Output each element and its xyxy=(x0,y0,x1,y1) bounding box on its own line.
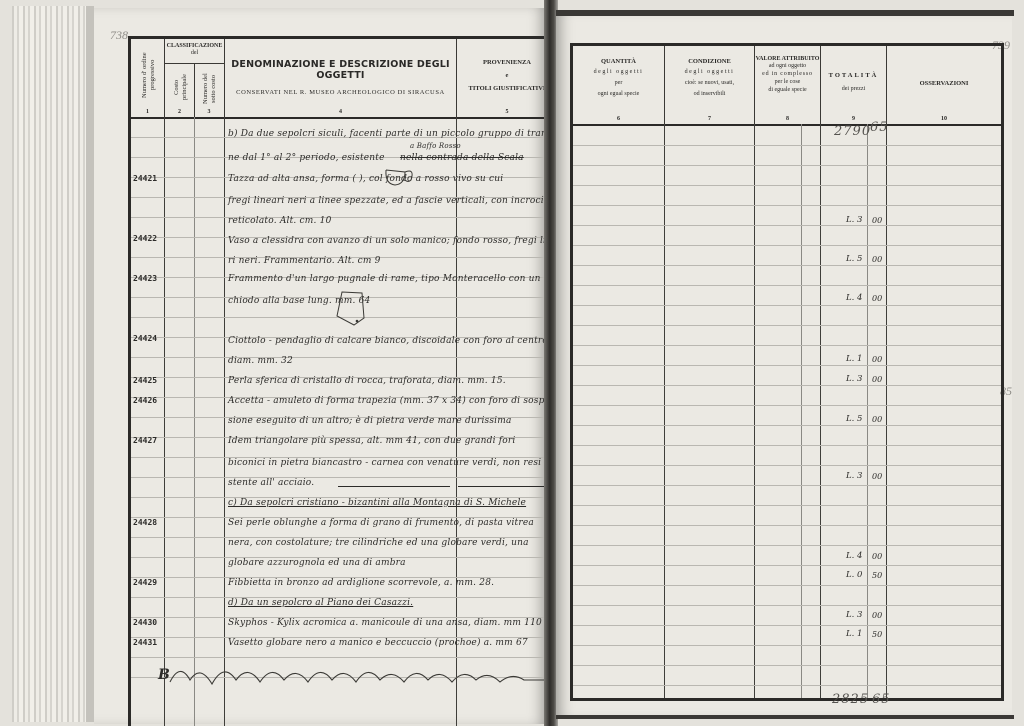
page-edges xyxy=(12,6,94,722)
section-b-insert: a Baffo Rosso xyxy=(410,142,461,150)
header-col-4: DENOMINAZIONE E DESCRIZIONE DEGLI OGGETT… xyxy=(225,39,457,117)
inventory-number: 24421 xyxy=(133,174,157,183)
header-col-9: TOTALITÀ dei prezzi 9 xyxy=(821,46,887,124)
section-b-line1: b) Da due sepolcri siculi, facenti parte… xyxy=(228,129,580,139)
header-col-10: OSSERVAZIONI 10 xyxy=(887,46,1001,124)
carried-forward-cents: 65 xyxy=(870,120,889,135)
grand-total-lire: 2825 xyxy=(832,692,869,707)
header-col-6: QUANTITÀ degli oggetti per ogni egual sp… xyxy=(573,46,665,124)
header-col-8: VALORE ATTRIBUITO ad ogni oggetto ed in … xyxy=(755,46,821,124)
section-d-heading: d) Da un sepolcro al Piano dei Casazzi. xyxy=(228,598,413,608)
header-col-1: Numero d' ordine progressivo 1 xyxy=(131,39,165,117)
header-classification: CLASSIFICAZIONE del Costo principale 2 N… xyxy=(165,39,225,117)
grand-total-cents: 65 xyxy=(872,692,891,707)
header-col-7: CONDIZIONE degli oggetti cioè: se nuovi,… xyxy=(665,46,755,124)
carried-forward-lire: 2790 xyxy=(834,124,871,139)
closing-line-squiggle-icon xyxy=(160,660,555,690)
ledger-book: 738 Numero d' ordine progressivo 1 CLASS… xyxy=(0,0,1024,726)
left-page-number: 738 xyxy=(110,28,128,43)
right-table: QUANTITÀ degli oggetti per ogni egual sp… xyxy=(570,43,1004,701)
header-col-3: Numero del sotto costo 3 xyxy=(194,63,224,117)
value-amount: L. 3 xyxy=(846,215,862,225)
cup-sketch-icon xyxy=(383,166,417,188)
header-col-2: Costo principale 2 xyxy=(165,63,195,117)
section-b-struck: nella contrada della Scala xyxy=(400,153,524,163)
section-c-heading: c) Da sepolcri cristiano - bizantini all… xyxy=(228,498,526,508)
header-col-5: PROVENIENZA e TITOLI GIUSTIFICATIVI 5 xyxy=(457,39,557,117)
section-b-line2: ne dal 1° al 2° periodo, esistente xyxy=(228,153,385,163)
dagger-fragment-sketch-icon xyxy=(334,290,368,328)
